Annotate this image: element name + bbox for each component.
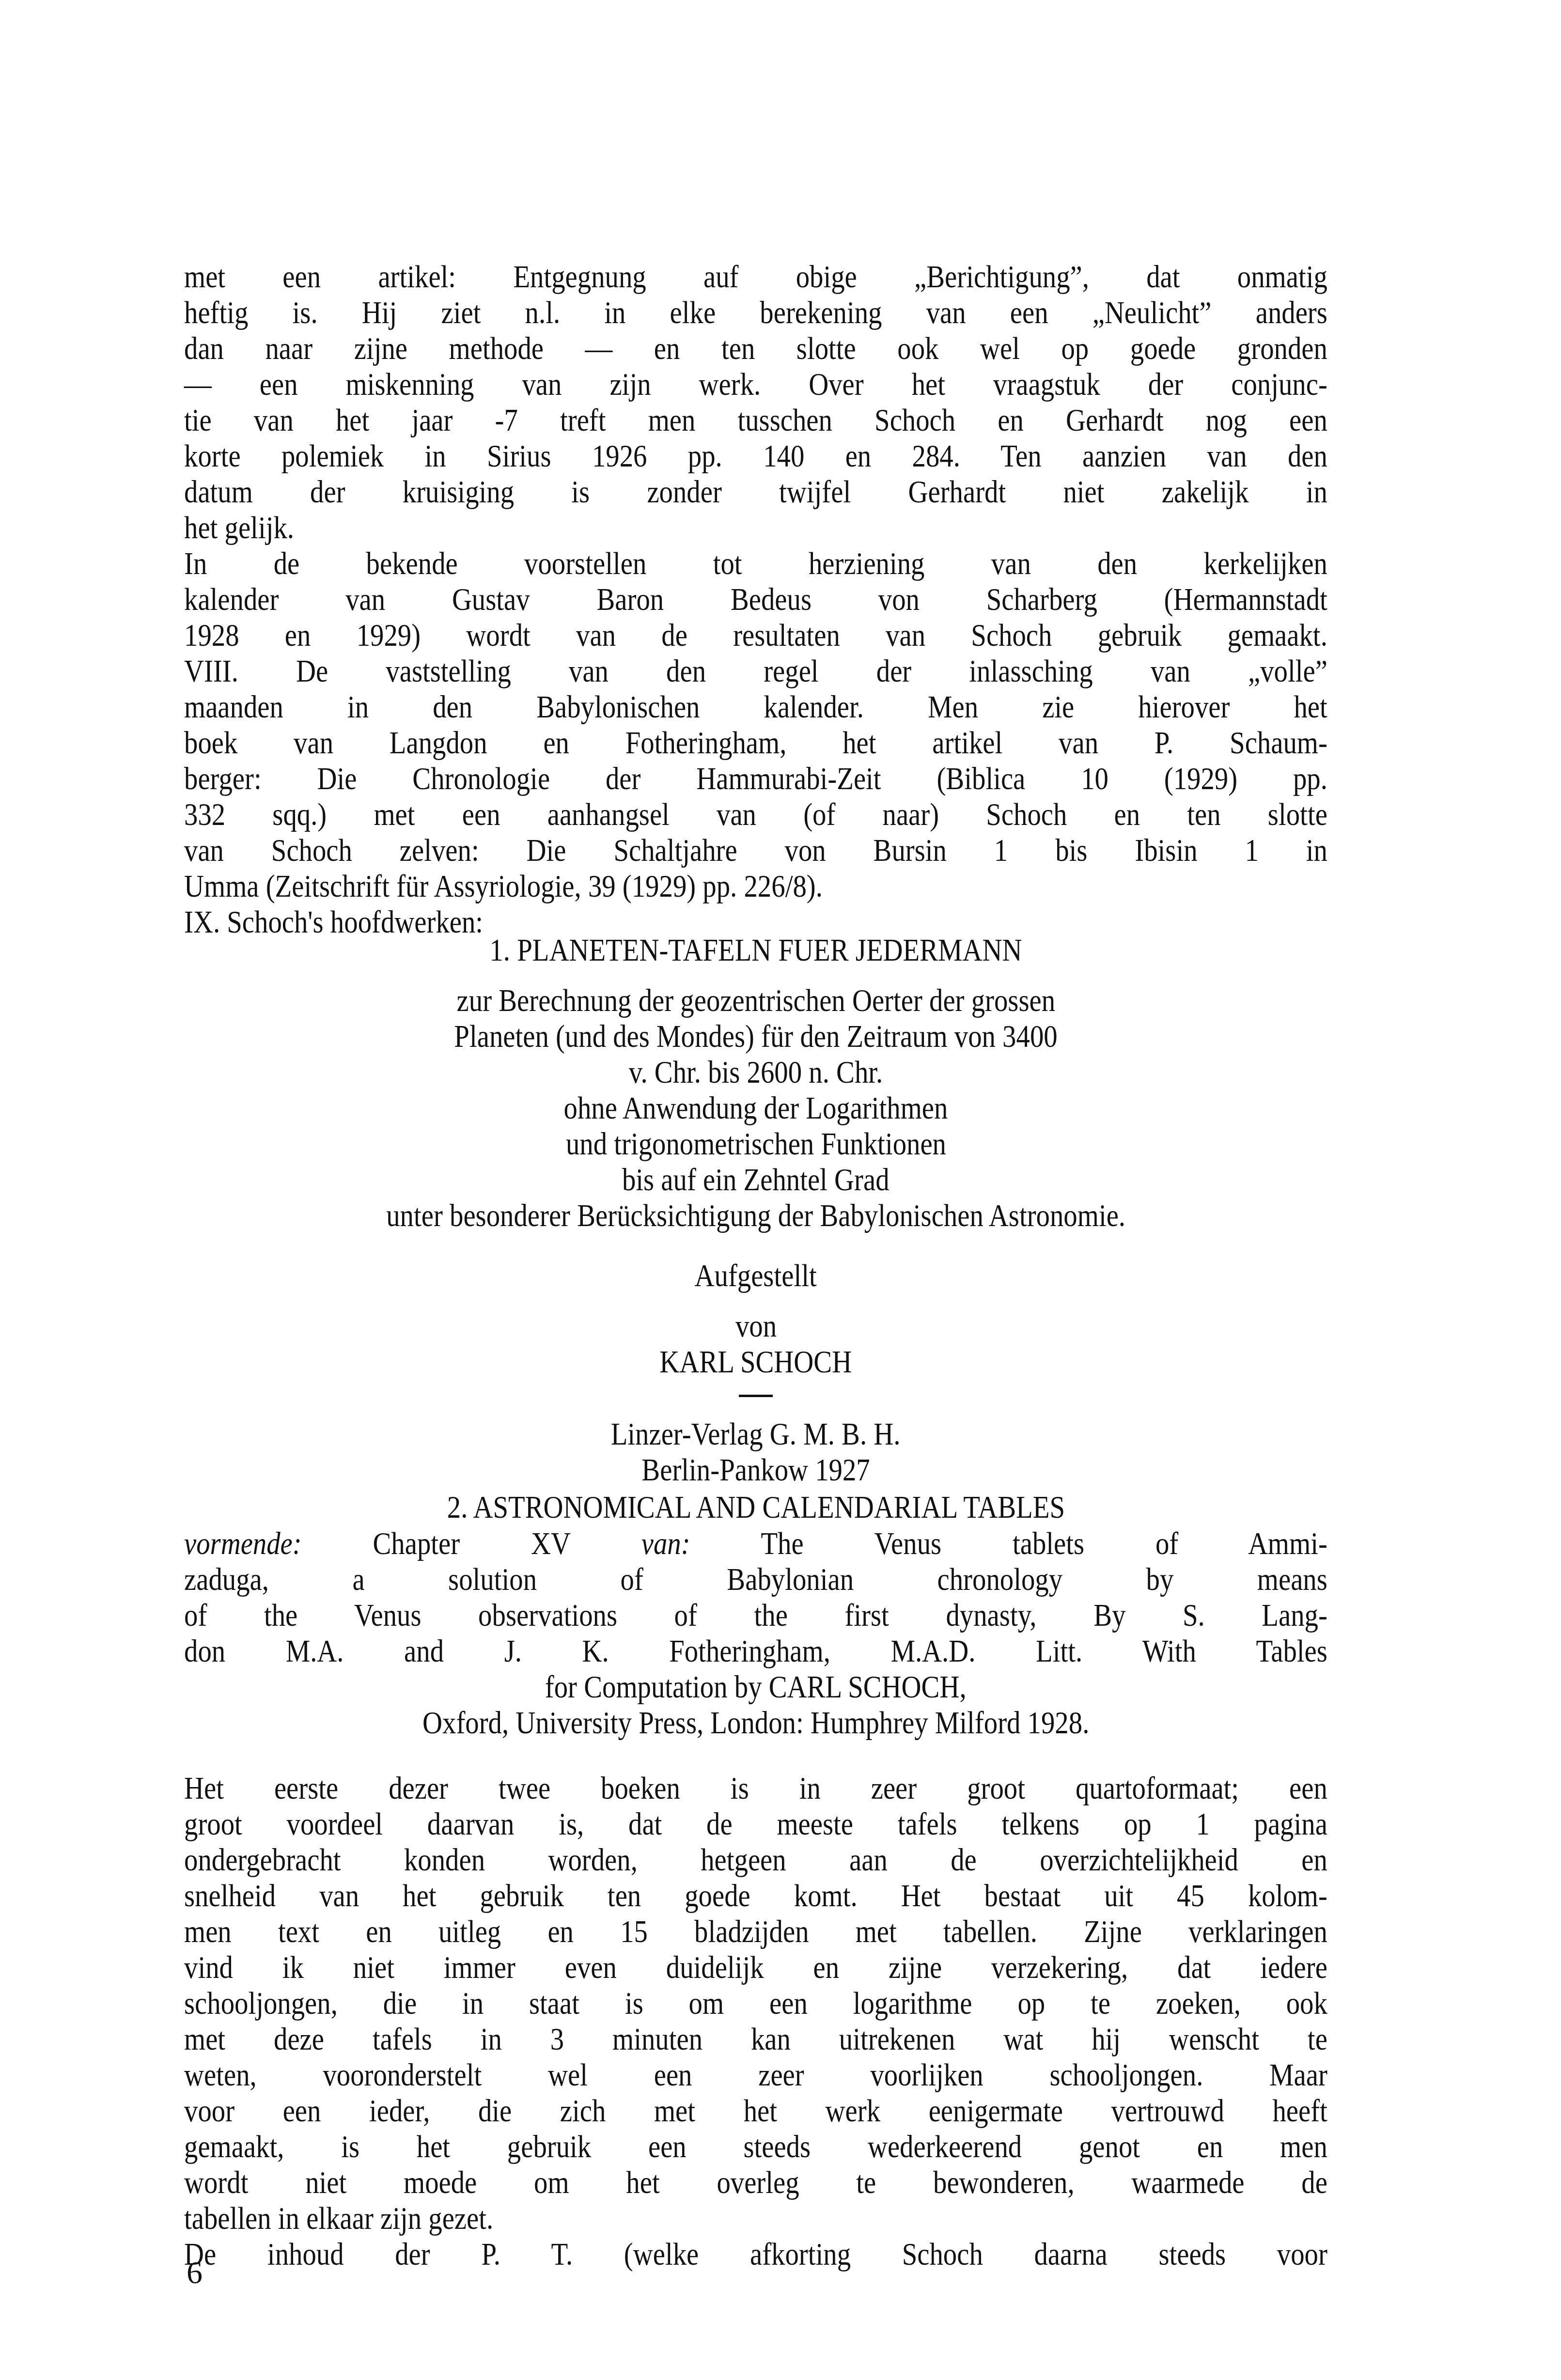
text-line: van Schoch zelven: Die Schaltjahre von B… (184, 833, 1327, 869)
text-line: berger: Die Chronologie der Hammurabi-Ze… (184, 761, 1327, 797)
text-line: voor een ieder, die zich met het werk ee… (184, 2093, 1327, 2129)
text-line: korte polemiek in Sirius 1926 pp. 140 en… (184, 438, 1327, 474)
work-1-title: 1. PLANETEN-TAFELN FUER JEDERMANN (489, 933, 1022, 968)
paragraph-review: Het eerste dezer twee boeken is in zeer … (184, 1771, 1327, 2272)
work-1-subtitle-line: zur Berechnung der geozentrischen Oerter… (456, 983, 1055, 1019)
text-line: zaduga, a solution of Babylonian chronol… (184, 1562, 1327, 1598)
text-line: kalender van Gustav Baron Bedeus von Sch… (184, 582, 1327, 618)
text-line: met een artikel: Entgegnung auf obige „B… (184, 259, 1327, 295)
text-line: gemaakt, is het gebruik een steeds weder… (184, 2129, 1327, 2165)
work-2-description: vormende: Chapter XV van: The Venus tabl… (184, 1526, 1327, 1669)
text-line: ondergebracht konden worden, hetgeen aan… (184, 1842, 1327, 1878)
text-line: datum der kruisiging is zonder twijfel G… (184, 474, 1327, 510)
section-viii: VIII. De vaststelling van den regel der … (184, 653, 1327, 940)
work-1-subtitle-line: v. Chr. bis 2600 n. Chr. (629, 1055, 883, 1090)
text-line: Het eerste dezer twee boeken is in zeer … (184, 1771, 1327, 1806)
work-1-subtitle-line: Planeten (und des Mondes) für den Zeitra… (454, 1019, 1057, 1055)
work-2-computation-line: for Computation by CARL SCHOCH, (545, 1669, 967, 1705)
text-line: of the Venus observations of the first d… (184, 1598, 1327, 1633)
text-line: met deze tafels in 3 minuten kan uitreke… (184, 2022, 1327, 2057)
text-line: men text en uitleg en 15 bladzijden met … (184, 1914, 1327, 1950)
work-1-subtitle-line: und trigonometrischen Funktionen (565, 1126, 946, 1162)
work-1-subtitle-line: unter besonderer Berücksichtigung der Ba… (386, 1198, 1125, 1234)
text-line: vind ik niet immer even duidelijk en zij… (184, 1950, 1327, 1986)
text-line: weten, vooronderstelt wel een zeer voorl… (184, 2057, 1327, 2093)
text-line: vormende: Chapter XV van: The Venus tabl… (184, 1526, 1327, 1562)
work-1-title-block: 1. PLANETEN-TAFELN FUER JEDERMANN zur Be… (184, 933, 1327, 1488)
work-1-subtitle-line: bis auf ein Zehntel Grad (622, 1162, 890, 1198)
work-1-publisher: Linzer-Verlag G. M. B. H. (611, 1416, 901, 1452)
text-line: dan naar zijne methode — en ten slotte o… (184, 331, 1327, 367)
work-2-imprint: for Computation by CARL SCHOCH, Oxford, … (184, 1669, 1327, 1741)
separator-dash (739, 1395, 773, 1397)
text-line: tie van het jaar -7 treft men tusschen S… (184, 403, 1327, 438)
text-line: De inhoud der P. T. (welke afkorting Sch… (184, 2237, 1327, 2272)
text-line: snelheid van het gebruik ten goede komt.… (184, 1878, 1327, 1914)
text-line: groot voordeel daarvan is, dat de meeste… (184, 1806, 1327, 1842)
text-line: tabellen in elkaar zijn gezet. (184, 2201, 1327, 2237)
text-line: VIII. De vaststelling van den regel der … (184, 653, 1327, 689)
text-line: don M.A. and J. K. Fotheringham, M.A.D. … (184, 1633, 1327, 1669)
text-line: Umma (Zeitschrift für Assyriologie, 39 (… (184, 869, 1327, 904)
text-line: schooljongen, die in staat is om een log… (184, 1986, 1327, 2022)
document-page: met een artikel: Entgegnung auf obige „B… (0, 0, 1561, 2380)
work-1-author: KARL SCHOCH (660, 1344, 852, 1380)
text-line: heftig is. Hij ziet n.l. in elke bereken… (184, 295, 1327, 331)
work-1-compiled: Aufgestellt (695, 1258, 817, 1294)
work-2-publisher-line: Oxford, University Press, London: Humphr… (422, 1705, 1089, 1741)
text-line: maanden in den Babylonischen kalender. M… (184, 689, 1327, 725)
text-line: — een miskenning van zijn werk. Over het… (184, 367, 1327, 403)
text-line: In de bekende voorstellen tot herziening… (184, 546, 1327, 582)
text-line: 1928 en 1929) wordt van de resultaten va… (184, 618, 1327, 653)
text-line: 332 sqq.) met een aanhangsel van (of naa… (184, 797, 1327, 833)
work-1-subtitle-line: ohne Anwendung der Logarithmen (564, 1090, 948, 1126)
text-line: wordt niet moede om het overleg te bewon… (184, 2165, 1327, 2201)
work-2-title: 2. ASTRONOMICAL AND CALENDARIAL TABLES (447, 1490, 1064, 1525)
work-1-by: von (735, 1308, 776, 1344)
text-line: het gelijk. (184, 510, 1327, 546)
page-number: 6 (187, 2255, 203, 2291)
work-1-place-year: Berlin-Pankow 1927 (641, 1452, 870, 1488)
work-2-title-block: 2. ASTRONOMICAL AND CALENDARIAL TABLES (184, 1490, 1327, 1525)
text-line: boek van Langdon en Fotheringham, het ar… (184, 725, 1327, 761)
paragraph-calendar-reform: In de bekende voorstellen tot herziening… (184, 546, 1327, 653)
paragraph-gerhardt-polemic: met een artikel: Entgegnung auf obige „B… (184, 259, 1327, 546)
